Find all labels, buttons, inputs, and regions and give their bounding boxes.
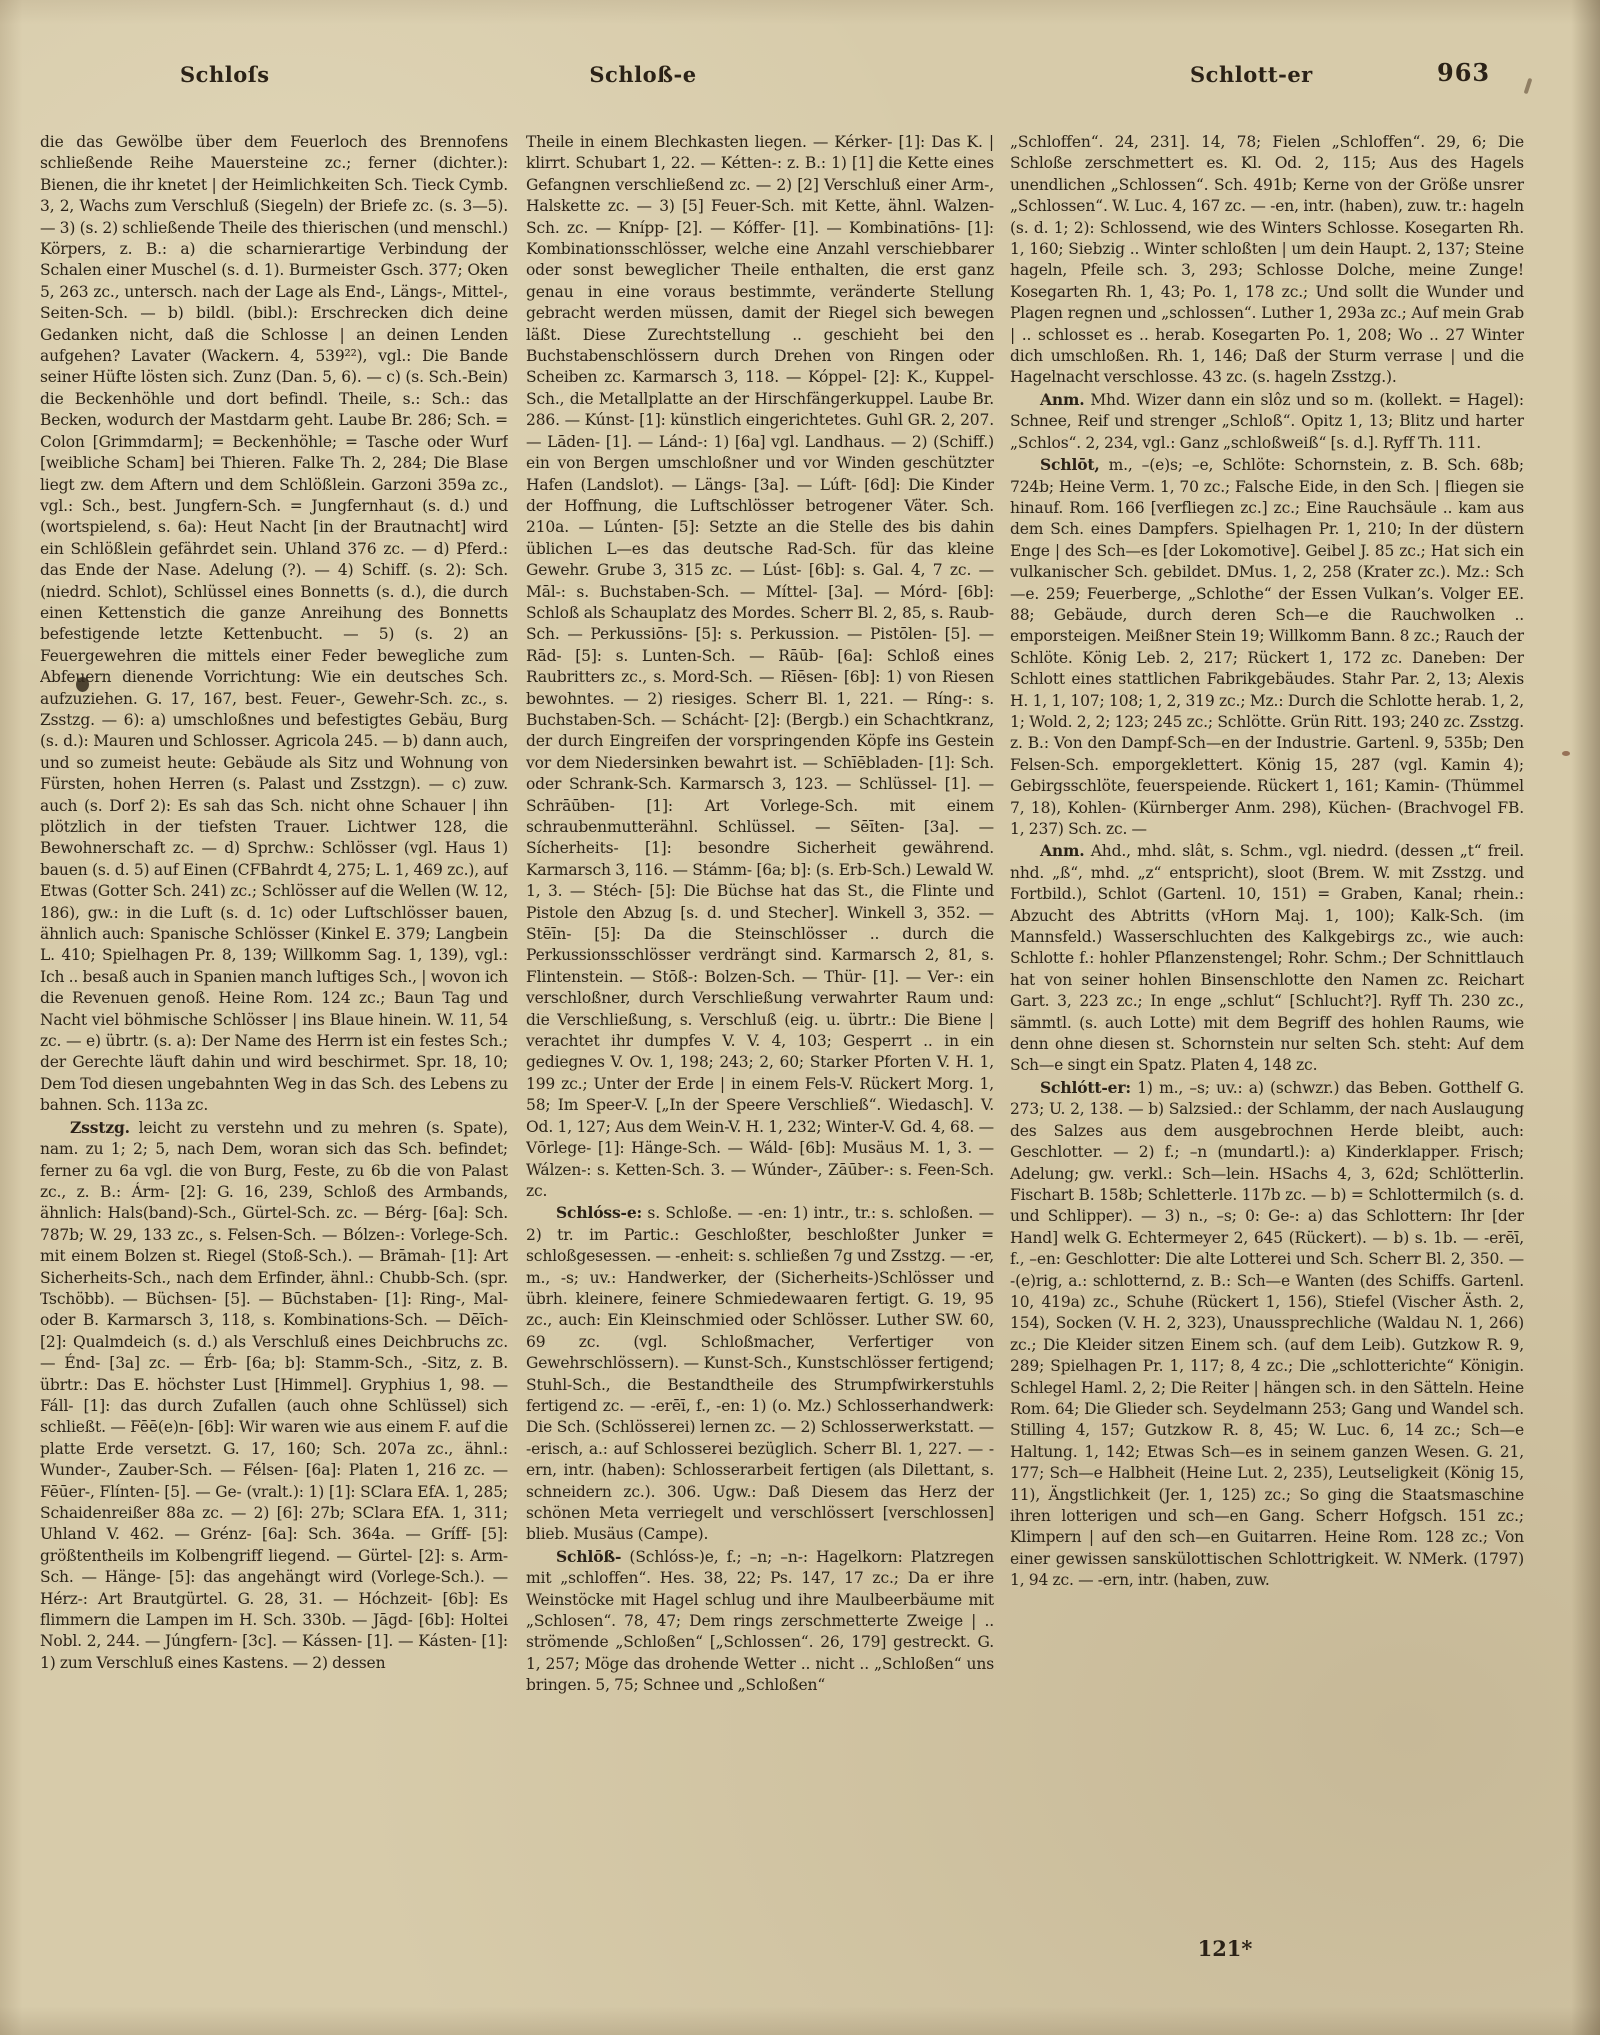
entry-paragraph: Schlóss-e: s. Schloße. — -en: 1) intr., …	[526, 1202, 994, 1546]
entry-text: (Schlóss-)e, f.; –n; –n-: Hagelkorn: Pla…	[526, 1548, 994, 1694]
entry-headword: Anm.	[1040, 390, 1085, 409]
entry-text: leicht zu verstehn und zu mehren (s. Spa…	[40, 1119, 508, 1672]
entry-paragraph: die das Gewölbe über dem Feuerloch des B…	[40, 131, 508, 1117]
ink-speck	[76, 677, 89, 692]
running-head-left: Schloſs	[180, 62, 270, 87]
entry-text: die das Gewölbe über dem Feuerloch des B…	[40, 133, 508, 1114]
entry-text: Theile in einem Blechkasten liegen. — Ké…	[526, 133, 994, 1200]
entry-headword: Schlótt-er:	[1040, 1078, 1131, 1097]
entry-paragraph: Zsstzg. leicht zu verstehn und zu mehren…	[40, 1117, 508, 1675]
entry-headword: Schlōß-	[556, 1547, 621, 1566]
entry-headword: Zsstzg.	[70, 1118, 130, 1137]
entry-text: „Schloffen“. 24, 231]. 14, 78; Fielen „S…	[1010, 133, 1524, 386]
entry-headword: Anm.	[1040, 841, 1085, 860]
entry-paragraph: Schlótt-er: 1) m., –s; uv.: a) (schwzr.)…	[1010, 1077, 1524, 1592]
ink-speck	[1562, 751, 1570, 756]
sheet-signature: 121*	[1160, 1936, 1290, 1961]
entry-text: Ahd., mhd. slât, s. Schm., vgl. niedrd. …	[1010, 842, 1524, 1074]
entry-paragraph: Anm. Mhd. Wizer dann ein slôz und so m. …	[1010, 389, 1524, 454]
entry-headword: Schlóss-e:	[556, 1203, 642, 1222]
entry-text: 1) m., –s; uv.: a) (schwzr.) das Beben. …	[1010, 1079, 1524, 1589]
running-head-center: Schloß-e	[560, 62, 726, 87]
entry-paragraph: Anm. Ahd., mhd. slât, s. Schm., vgl. nie…	[1010, 840, 1524, 1076]
entry-text: Mhd. Wizer dann ein slôz und so m. (koll…	[1010, 391, 1524, 452]
page-number: 963	[1437, 58, 1490, 87]
entry-paragraph: Theile in einem Blechkasten liegen. — Ké…	[526, 131, 994, 1202]
ink-speck	[1524, 78, 1533, 94]
entry-headword: Schlōt,	[1040, 455, 1100, 474]
running-head-right: Schlott-er	[1190, 62, 1313, 87]
entry-text: m., –(e)s; –e, Schlöte: Schornstein, z. …	[1010, 456, 1524, 838]
dictionary-page: Schloſs Schloß-e Schlott-er 963 die das …	[0, 0, 1600, 2035]
text-column-1: die das Gewölbe über dem Feuerloch des B…	[40, 131, 508, 1967]
text-column-2: Theile in einem Blechkasten liegen. — Ké…	[526, 131, 994, 1967]
entry-paragraph: Schlōß- (Schlóss-)e, f.; –n; –n-: Hagelk…	[526, 1546, 994, 1697]
text-column-3: „Schloffen“. 24, 231]. 14, 78; Fielen „S…	[1010, 131, 1524, 1967]
entry-paragraph: „Schloffen“. 24, 231]. 14, 78; Fielen „S…	[1010, 131, 1524, 389]
entry-text: s. Schloße. — -en: 1) intr., tr.: s. sch…	[526, 1204, 994, 1543]
entry-paragraph: Schlōt, m., –(e)s; –e, Schlöte: Schornst…	[1010, 454, 1524, 840]
